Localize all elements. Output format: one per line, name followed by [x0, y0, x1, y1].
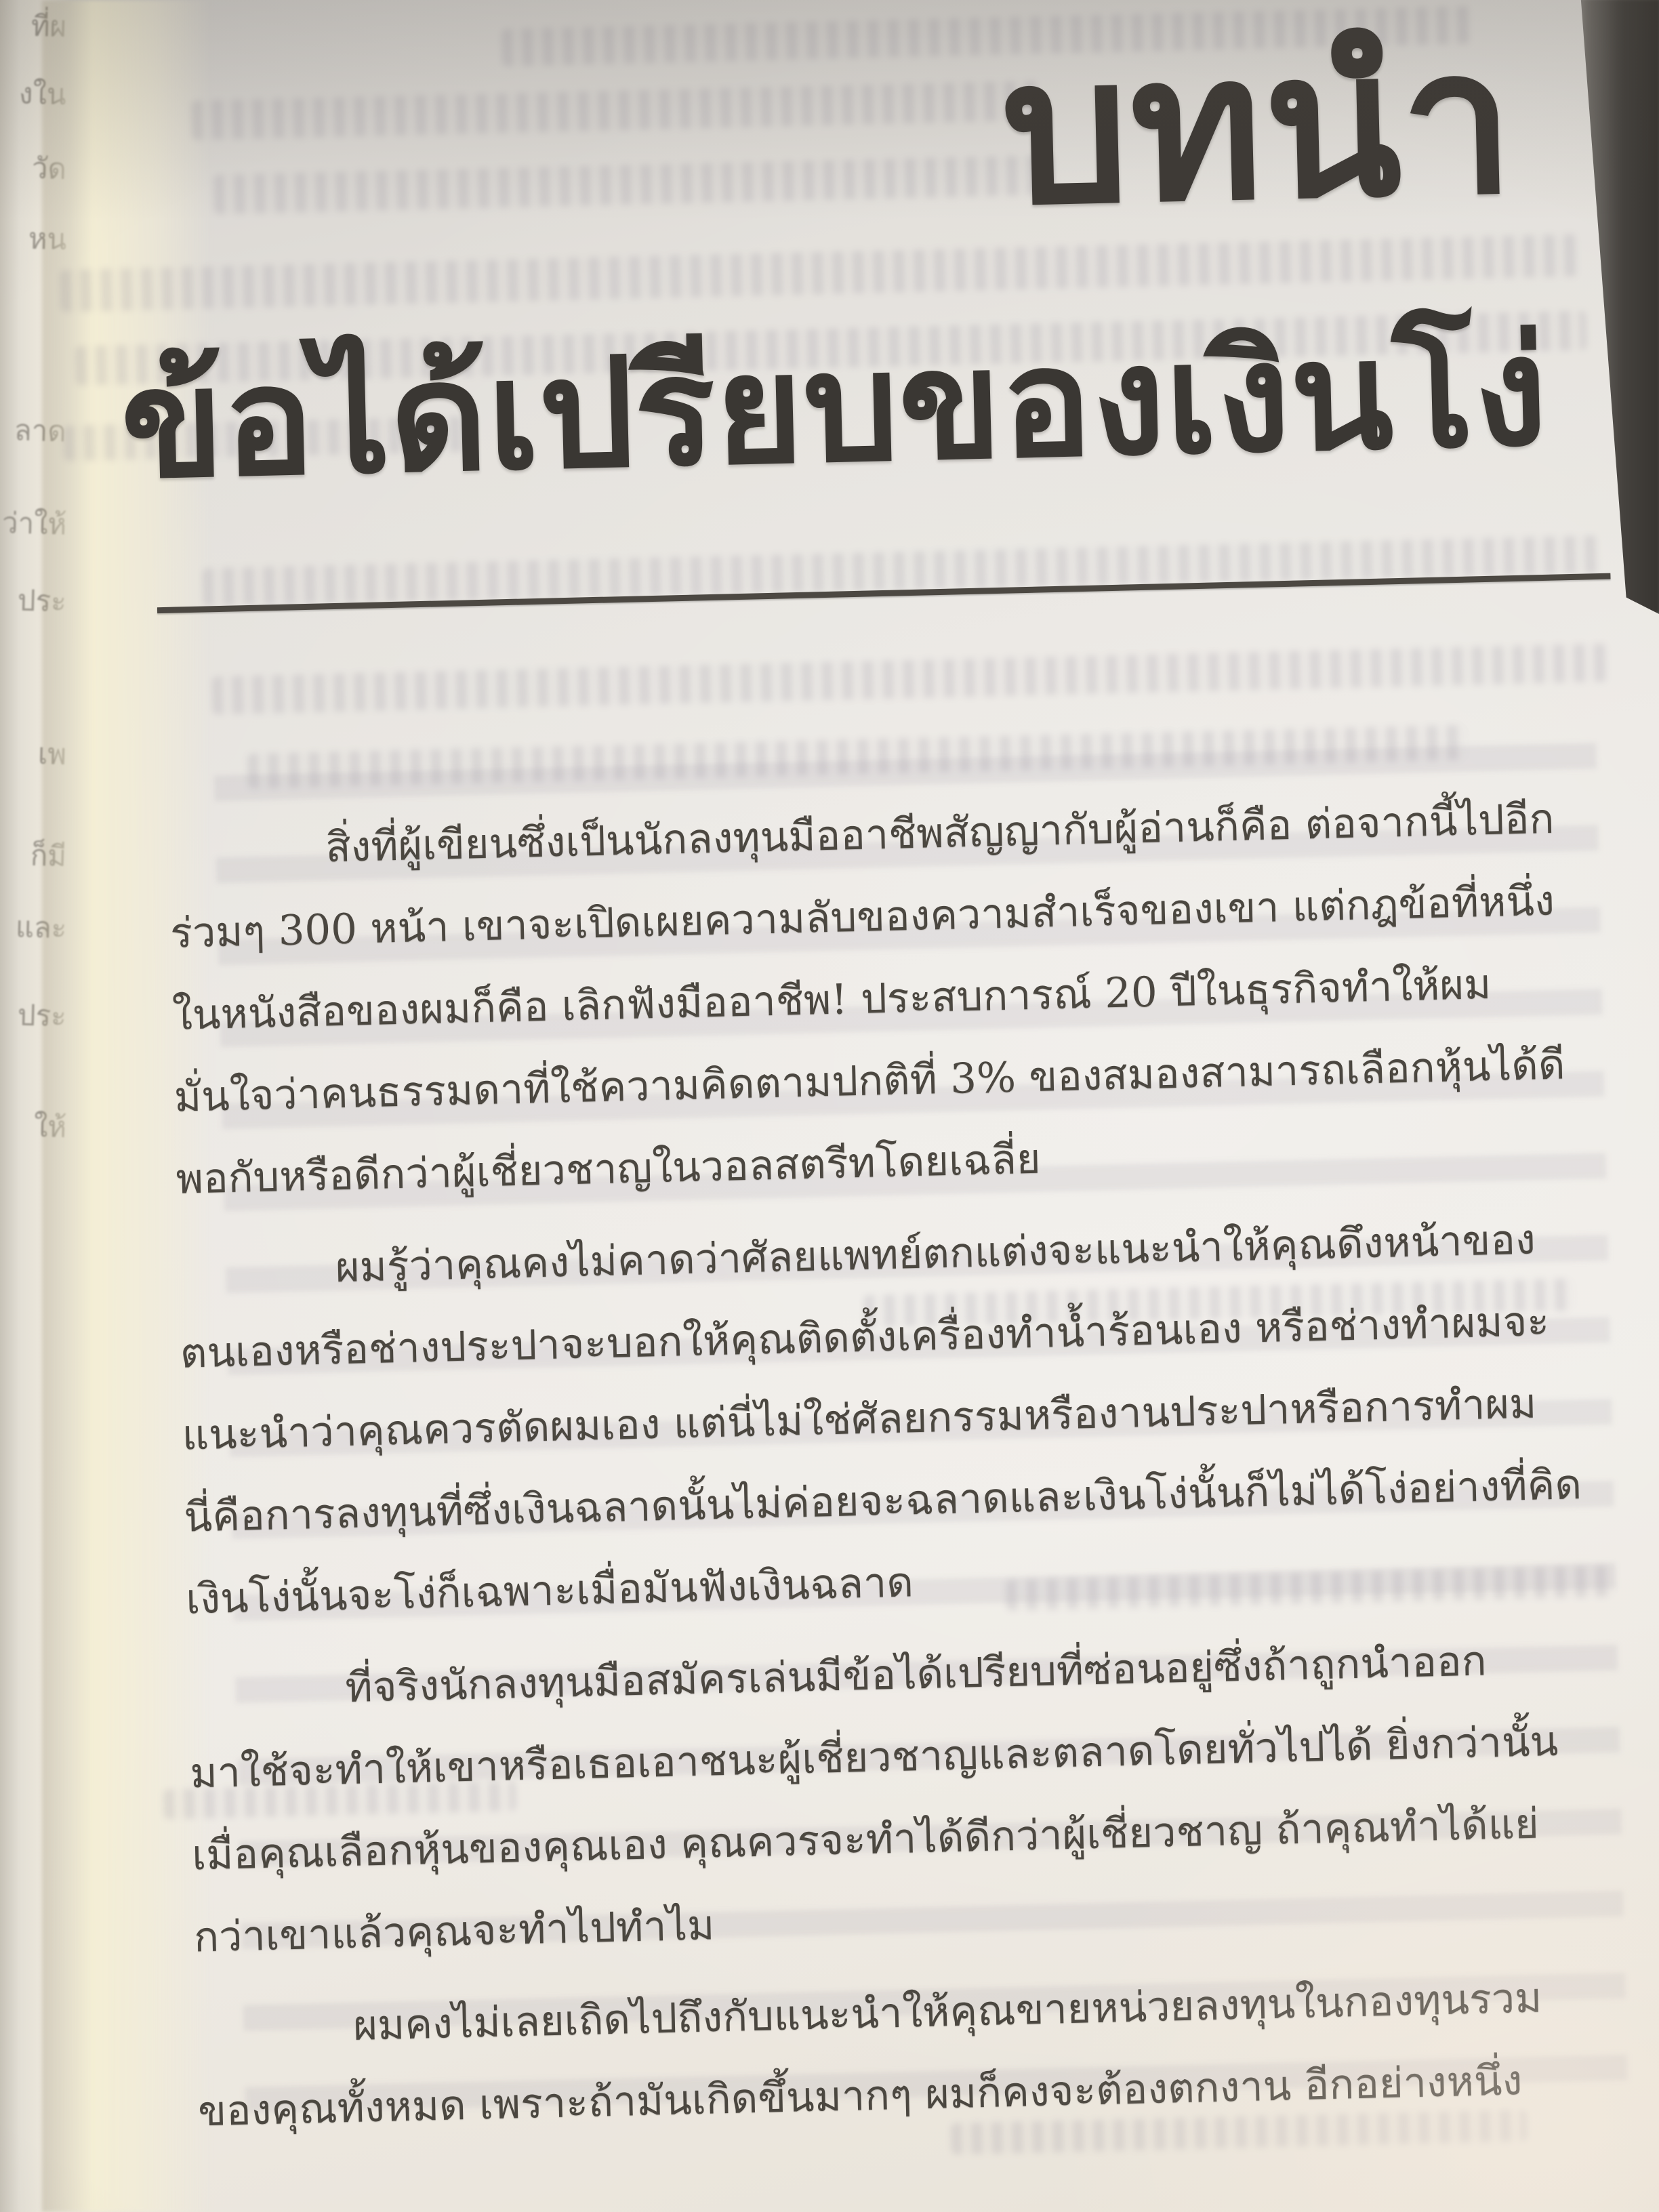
paragraph: ผมรู้ว่าคุณคงไม่คาดว่าศัลยแพทย์ตกแต่งจะแ…: [178, 1197, 1597, 1641]
page-content: บทนำ ข้อได้เปรียบของเงินโง่ สิ่งที่ผู้เข…: [0, 0, 1659, 2212]
show-through-text: [213, 155, 1054, 214]
chapter-title: ข้อได้เปรียบของเงินโง่: [119, 316, 1549, 501]
paragraph: สิ่งที่ผู้เขียนซึ่งเป็นนักลงทุนมืออาชีพส…: [167, 777, 1586, 1221]
paragraph: ผมคงไม่เลยเถิดไปถึงกับแนะนำให้คุณขายหน่ว…: [195, 1955, 1608, 2152]
body-text: สิ่งที่ผู้เขียนซึ่งเป็นนักลงทุนมืออาชีพส…: [167, 777, 1608, 2163]
show-through-text: [191, 81, 1039, 140]
book-page-photo: ที่ผงในวัดหนลาดว่าให้ประเพก็มีและประให้ …: [0, 0, 1659, 2212]
paragraph: ที่จริงนักลงทุนมือสมัครเล่นมีข้อได้เปรีย…: [187, 1618, 1604, 1979]
show-through-text: [211, 644, 1608, 715]
show-through-text: [60, 234, 1578, 312]
chapter-kicker: บทนำ: [1000, 21, 1517, 234]
